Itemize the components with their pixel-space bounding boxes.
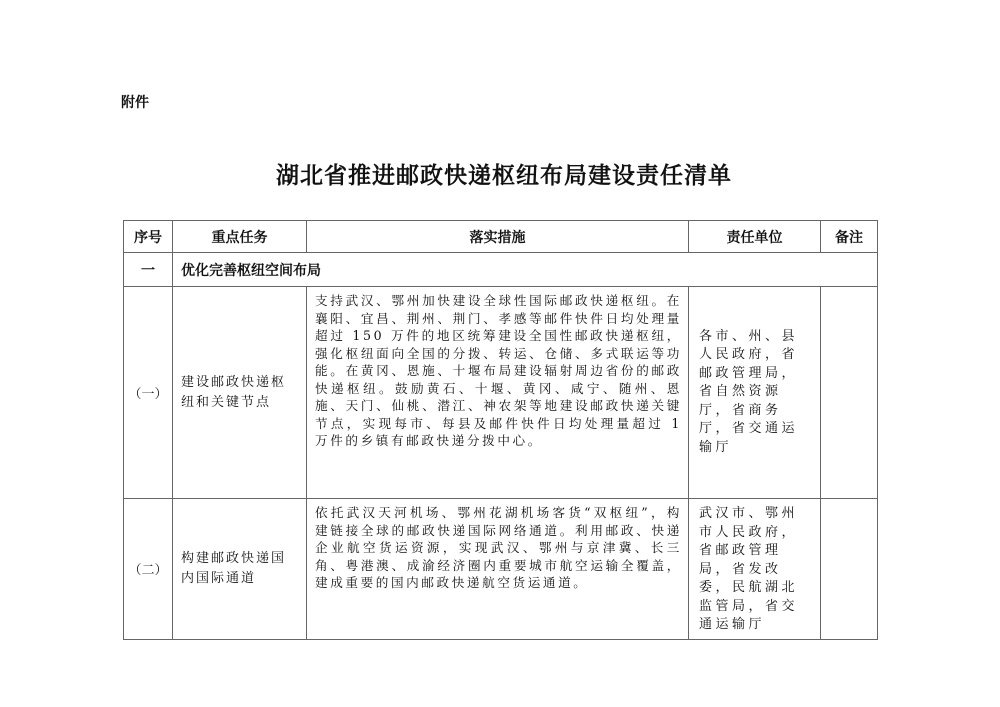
row-number: （二） (124, 499, 173, 640)
row-measures: 依托武汉天河机场、鄂州花湖机场客货“双枢纽”，构建链接全球的邮政快递国际网络通道… (307, 499, 689, 640)
attachment-label: 附件 (121, 92, 149, 112)
row-responsible-units: 武汉市、鄂州市人民政府，省邮政管理局，省发改委，民航湖北监管局，省交通运输厅 (689, 499, 821, 640)
row-task: 构建邮政快递国内国际通道 (173, 499, 307, 640)
row-responsible-units: 各市、州、县人民政府，省邮政管理局，省自然资源厅，省商务厅，省交通运输厅 (689, 287, 821, 499)
section-title: 优化完善枢纽空间布局 (173, 253, 878, 287)
responsibility-table: 序号 重点任务 落实措施 责任单位 备注 一 优化完善枢纽空间布局 （一） 建设… (123, 220, 878, 640)
section-number: 一 (124, 253, 173, 287)
row-task: 建设邮政快递枢纽和关键节点 (173, 287, 307, 499)
header-number: 序号 (124, 221, 173, 253)
table-header-row: 序号 重点任务 落实措施 责任单位 备注 (124, 221, 878, 253)
header-key-task: 重点任务 (173, 221, 307, 253)
row-remarks (821, 499, 878, 640)
row-remarks (821, 287, 878, 499)
header-responsible-unit: 责任单位 (689, 221, 821, 253)
row-measures: 支持武汉、鄂州加快建设全球性国际邮政快递枢纽。在襄阳、宜昌、荆州、荆门、孝感等邮… (307, 287, 689, 499)
table-row: （一） 建设邮政快递枢纽和关键节点 支持武汉、鄂州加快建设全球性国际邮政快递枢纽… (124, 287, 878, 499)
header-measures: 落实措施 (307, 221, 689, 253)
section-row: 一 优化完善枢纽空间布局 (124, 253, 878, 287)
table-row: （二） 构建邮政快递国内国际通道 依托武汉天河机场、鄂州花湖机场客货“双枢纽”，… (124, 499, 878, 640)
document-title: 湖北省推进邮政快递枢纽布局建设责任清单 (0, 157, 1000, 190)
row-number: （一） (124, 287, 173, 499)
header-remarks: 备注 (821, 221, 878, 253)
